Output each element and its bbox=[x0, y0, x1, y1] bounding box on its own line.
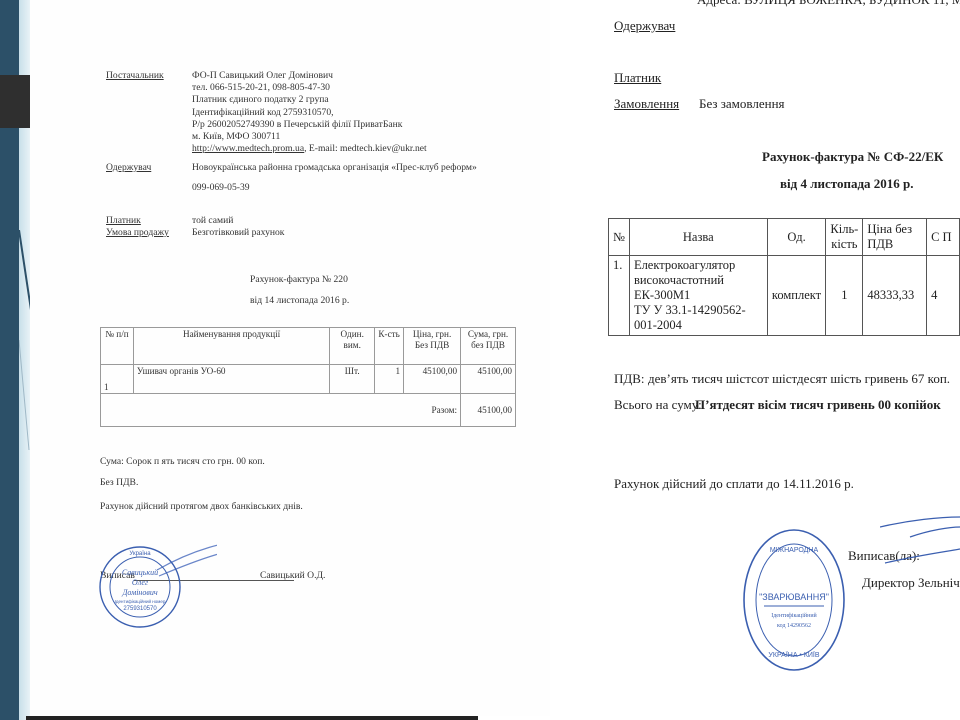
supplier-website-link[interactable]: http://www.medtech.prom.ua bbox=[192, 143, 304, 154]
table-row: 1. Електрокоагулятор високочастотний ЕК-… bbox=[609, 256, 960, 336]
director-name: Директор Зельніченк bbox=[862, 575, 960, 591]
svg-text:код 14290562: код 14290562 bbox=[777, 623, 811, 629]
validity-note: Рахунок дійсний протягом двох банківськи… bbox=[100, 501, 303, 512]
recipient-label: Одержувач bbox=[106, 162, 151, 173]
total-in-words: П’ятдесят вісім тисяч гривень 00 копійок bbox=[695, 397, 941, 413]
invoice-date: від 14 листопада 2016 р. bbox=[250, 295, 349, 306]
order-label: Замовлення bbox=[614, 96, 679, 112]
svg-text:"ЗВАРЮВАННЯ": "ЗВАРЮВАННЯ" bbox=[759, 592, 829, 602]
supplier-label: Постачальник bbox=[106, 70, 164, 81]
sum-in-words: Сума: Сорок п ять тисяч сто грн. 00 коп. bbox=[100, 456, 265, 467]
invoice-items-table: № Назва Од. Кіль-кість Ціна без ПДВ С П … bbox=[608, 218, 960, 336]
vat-in-words: дев’ять тисяч шістсот шістдесят шість гр… bbox=[648, 371, 950, 387]
svg-text:2759310570: 2759310570 bbox=[123, 606, 157, 612]
svg-text:Ідентифікаційний номер: Ідентифікаційний номер bbox=[115, 598, 166, 604]
supplier-details: ФО-П Савицький Олег Домінович тел. 066-5… bbox=[192, 70, 427, 155]
svg-text:Олег: Олег bbox=[132, 578, 148, 587]
signer-name: Савицький О.Д. bbox=[260, 570, 325, 581]
invoice-title: Рахунок-фактура № 220 bbox=[250, 274, 348, 285]
supplier-email: , E-mail: medtech.kiev@ukr.net bbox=[304, 143, 427, 154]
svg-text:Ідентифікаційний: Ідентифікаційний bbox=[771, 612, 817, 619]
terms-value: Безготівковий рахунок bbox=[192, 227, 284, 238]
terms-label: Умова продажу bbox=[106, 227, 169, 238]
invoice-date: від 4 листопада 2016 р. bbox=[780, 176, 914, 192]
svg-text:Домінович: Домінович bbox=[121, 588, 158, 597]
total-label: Всього на суму: bbox=[614, 397, 702, 413]
vat-label: ПДВ: bbox=[614, 371, 645, 387]
table-row: 1 Ушивач органів УО-60 Шт. 1 45100,00 45… bbox=[101, 365, 516, 394]
svg-text:УКРАЇНА • КИЇВ: УКРАЇНА • КИЇВ bbox=[768, 651, 819, 659]
slide-bottom-bar bbox=[26, 716, 478, 720]
invoice-items-table: № п/п Найменування продукції Один. вим. … bbox=[100, 327, 516, 427]
recipient-label: Одержувач bbox=[614, 18, 675, 34]
svg-text:Савицький: Савицький bbox=[122, 568, 158, 577]
recipient-name: Новоукраїнська районна громадська органі… bbox=[192, 162, 477, 173]
payer-label: Платник bbox=[614, 70, 661, 86]
address-partial: Адреса: ВУЛИЦЯ БОЖЕНКА, БУДИНОК 11, М. К… bbox=[697, 0, 960, 8]
stamp-icon: Савицький Олег Домінович Ідентифікаційни… bbox=[97, 540, 217, 635]
order-value: Без замовлення bbox=[699, 96, 785, 112]
stamp-icon: МІЖНАРОДНА "ЗВАРЮВАННЯ" Ідентифікаційний… bbox=[740, 522, 850, 677]
payer-label: Платник bbox=[106, 215, 141, 226]
table-header-row: № п/п Найменування продукції Один. вим. … bbox=[101, 328, 516, 365]
table-total-row: Разом: 45100,00 bbox=[101, 394, 516, 427]
signature-icon bbox=[880, 515, 960, 565]
recipient-phone: 099-069-05-39 bbox=[192, 182, 250, 193]
payer-value: той самий bbox=[192, 215, 233, 226]
slide-accent-block bbox=[0, 75, 30, 128]
invoice-title: Рахунок-фактура № СФ-22/ЕК bbox=[762, 149, 943, 165]
svg-text:Україна: Україна bbox=[129, 551, 151, 557]
svg-text:МІЖНАРОДНА: МІЖНАРОДНА bbox=[770, 547, 819, 554]
table-header-row: № Назва Од. Кіль-кість Ціна без ПДВ С П bbox=[609, 219, 960, 256]
validity-note: Рахунок дійсний до сплати до 14.11.2016 … bbox=[614, 476, 854, 492]
vat-note: Без ПДВ. bbox=[100, 477, 138, 488]
